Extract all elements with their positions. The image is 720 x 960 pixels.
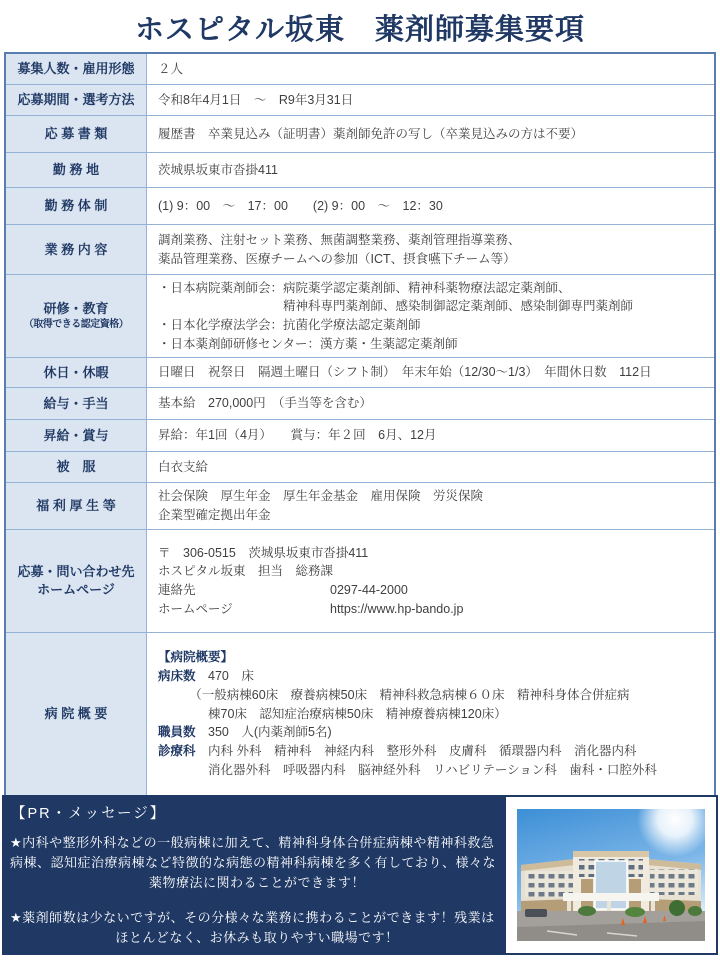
content-line-text: 470 床 — [196, 669, 254, 683]
row-content: 白衣支給 — [147, 452, 714, 482]
table-row-5: 勤 務 体 制(1) 9：00 ～ 17：00 (2) 9：00 ～ 12：30 — [6, 188, 714, 225]
content-line: ホームページhttps://www.hp-bando.jp — [158, 600, 708, 619]
row-label: 研修・教育（取得できる認定資格） — [6, 275, 147, 357]
photo-card — [506, 797, 716, 953]
content-line: ホスピタル坂東 担当 総務課 — [158, 562, 708, 581]
content-line-text: 薬品管理業務、医療チームへの参加（ICT、摂食嚥下チーム等） — [158, 252, 516, 266]
pr-message-line: 病棟、認知症治療病棟など特徴的な病態の精神科病棟を多く有しており、様々な — [10, 853, 504, 873]
content-line-key: ホームページ — [158, 600, 330, 619]
row-content: ・日本病院薬剤師会：病院薬学認定薬剤師、精神科薬物療法認定薬剤師、 精神科専門薬… — [147, 275, 714, 357]
content-line: 昇給：年1回（4月） 賞与：年２回 6月、12月 — [158, 426, 708, 445]
content-line-text: 令和8年4月1日 ～ R9年3月31日 — [158, 93, 353, 107]
row-label-text: 被 服 — [56, 458, 95, 476]
row-label: 勤 務 体 制 — [6, 188, 147, 224]
row-label: 応募期間・選考方法 — [6, 85, 147, 115]
table-row-9: 給与・手当基本給 270,000円 （手当等を含む） — [6, 388, 714, 420]
content-line-text: 茨城県坂東市沓掛411 — [158, 163, 278, 177]
row-content: 〒 306-0515 茨城県坂東市沓掛411ホスピタル坂東 担当 総務課連絡先0… — [147, 530, 714, 632]
pr-message-1: ★内科や整形外科などの一般病棟に加えて、精神科身体合併症病棟や精神科救急病棟、認… — [10, 833, 504, 893]
row-label-subtext: （取得できる認定資格） — [24, 318, 129, 332]
content-line-bold-label: 職員数 — [158, 725, 196, 739]
content-line: 〒 306-0515 茨城県坂東市沓掛411 — [158, 544, 708, 563]
row-content: 基本給 270,000円 （手当等を含む） — [147, 388, 714, 419]
table-row-10: 昇給・賞与昇給：年1回（4月） 賞与：年２回 6月、12月 — [6, 420, 714, 452]
row-label: 休日・休暇 — [6, 358, 147, 387]
content-line-text: 履歴書 卒業見込み（証明書）薬剤師免許の写し（卒業見込みの方は不要） — [158, 127, 583, 141]
content-line: ・日本薬剤師研修センター：漢方薬・生薬認定薬剤師 — [158, 335, 708, 354]
content-line-bold-label: 【病院概要】 — [158, 650, 233, 664]
content-line: 精神科専門薬剤師、感染制御認定薬剤師、感染制御専門薬剤師 — [158, 297, 708, 316]
content-line-text: 社会保険 厚生年金 厚生年金基金 雇用保険 労災保険 — [158, 489, 483, 503]
content-line: 茨城県坂東市沓掛411 — [158, 161, 708, 180]
row-label-text-2: ホームページ — [37, 581, 115, 599]
row-label: 応 募 書 類 — [6, 116, 147, 152]
content-line-value: 0297-44-2000 — [330, 583, 408, 597]
content-line-text: 調剤業務、注射セット業務、無菌調整業務、薬剤管理指導業務、 — [158, 233, 521, 247]
content-line: 社会保険 厚生年金 厚生年金基金 雇用保険 労災保険 — [158, 487, 708, 506]
content-line: 薬品管理業務、医療チームへの参加（ICT、摂食嚥下チーム等） — [158, 250, 708, 269]
content-line-key: 連絡先 — [158, 581, 330, 600]
row-label-text: 病 院 概 要 — [45, 705, 108, 723]
content-line-value: https://www.hp-bando.jp — [330, 602, 463, 616]
row-label: 応募・問い合わせ先ホームページ — [6, 530, 147, 632]
row-label: 昇給・賞与 — [6, 420, 147, 451]
table-row-2: 応募期間・選考方法令和8年4月1日 ～ R9年3月31日 — [6, 85, 714, 116]
content-line: 基本給 270,000円 （手当等を含む） — [158, 394, 708, 413]
content-line: 連絡先0297-44-2000 — [158, 581, 708, 600]
row-content: 調剤業務、注射セット業務、無菌調整業務、薬剤管理指導業務、薬品管理業務、医療チー… — [147, 225, 714, 274]
table-row-1: 募集人数・雇用形態２人 — [6, 54, 714, 85]
recruitment-flyer-page: ホスピタル坂東 薬剤師募集要項 募集人数・雇用形態２人応募期間・選考方法令和8年… — [0, 0, 720, 960]
row-label-text: 休日・休暇 — [43, 364, 108, 382]
row-label: 勤 務 地 — [6, 153, 147, 187]
content-line-text: ２人 — [158, 62, 183, 76]
content-line: ２人 — [158, 60, 708, 79]
content-line: 病床数 470 床 — [158, 667, 708, 686]
content-line: 白衣支給 — [158, 458, 708, 477]
table-row-4: 勤 務 地茨城県坂東市沓掛411 — [6, 153, 714, 188]
spec-table: 募集人数・雇用形態２人応募期間・選考方法令和8年4月1日 ～ R9年3月31日応… — [4, 52, 716, 797]
content-line-text: 棟70床 認知症治療病棟50床 精神療養病棟120床） — [158, 707, 507, 721]
row-label-text: 勤 務 地 — [53, 161, 99, 179]
content-line-bold-label: 病床数 — [158, 669, 196, 683]
row-content: 社会保険 厚生年金 厚生年金基金 雇用保険 労災保険企業型確定拠出年金 — [147, 483, 714, 529]
content-line: 企業型確定拠出年金 — [158, 506, 708, 525]
row-content: 【病院概要】病床数 470 床 （一般病棟60床 療養病棟50床 精神科救急病棟… — [147, 633, 714, 795]
content-line-text: 内科 外科 精神科 神経内科 整形外科 皮膚科 循環器内科 消化器内科 — [196, 744, 637, 758]
content-line-text: 〒 306-0515 茨城県坂東市沓掛411 — [158, 546, 368, 560]
content-line: ・日本病院薬剤師会：病院薬学認定薬剤師、精神科薬物療法認定薬剤師、 — [158, 279, 708, 298]
row-content: 日曜日 祝祭日 隔週土曜日（シフト制） 年末年始（12/30～1/3） 年間休日… — [147, 358, 714, 387]
row-label-text: 募集人数・雇用形態 — [17, 60, 134, 78]
content-line-text: 昇給：年1回（4月） 賞与：年２回 6月、12月 — [158, 428, 437, 442]
pr-section: 【PR・メッセージ】 ★内科や整形外科などの一般病棟に加えて、精神科身体合併症病… — [2, 795, 718, 955]
row-label: 福 利 厚 生 等 — [6, 483, 147, 529]
row-content: (1) 9：00 ～ 17：00 (2) 9：00 ～ 12：30 — [147, 188, 714, 224]
content-line-text: 精神科専門薬剤師、感染制御認定薬剤師、感染制御専門薬剤師 — [158, 299, 633, 313]
table-row-8: 休日・休暇日曜日 祝祭日 隔週土曜日（シフト制） 年末年始（12/30～1/3）… — [6, 358, 714, 388]
row-content: 令和8年4月1日 ～ R9年3月31日 — [147, 85, 714, 115]
row-label-text: 応募期間・選考方法 — [17, 91, 134, 109]
row-content: 昇給：年1回（4月） 賞与：年２回 6月、12月 — [147, 420, 714, 451]
pr-message-line: ★薬剤師数は少ないですが、その分様々な業務に携わることができます！残業は — [10, 908, 504, 928]
table-row-12: 福 利 厚 生 等社会保険 厚生年金 厚生年金基金 雇用保険 労災保険企業型確定… — [6, 483, 714, 530]
content-line-text: 消化器外科 呼吸器内科 脳神経外科 リハビリテーション科 歯科・口腔外科 — [158, 763, 657, 777]
content-line-text: （一般病棟60床 療養病棟50床 精神科救急病棟６０床 精神科身体合併症病 — [158, 688, 630, 702]
content-line-bold-label: 診療科 — [158, 744, 196, 758]
content-line: （一般病棟60床 療養病棟50床 精神科救急病棟６０床 精神科身体合併症病 — [158, 686, 708, 705]
content-line-text: ・日本化学療法学会：抗菌化学療法認定薬剤師 — [158, 318, 421, 332]
row-label: 業 務 内 容 — [6, 225, 147, 274]
table-row-13: 応募・問い合わせ先ホームページ〒 306-0515 茨城県坂東市沓掛411ホスピ… — [6, 530, 714, 633]
content-line: 履歴書 卒業見込み（証明書）薬剤師免許の写し（卒業見込みの方は不要） — [158, 125, 708, 144]
content-line: 調剤業務、注射セット業務、無菌調整業務、薬剤管理指導業務、 — [158, 231, 708, 250]
content-line: 消化器外科 呼吸器内科 脳神経外科 リハビリテーション科 歯科・口腔外科 — [158, 761, 708, 780]
content-line-text: ホスピタル坂東 担当 総務課 — [158, 564, 333, 578]
page-title: ホスピタル坂東 薬剤師募集要項 — [0, 7, 720, 48]
row-label: 被 服 — [6, 452, 147, 482]
pr-message-line: ほとんどなく、お休みも取りやすい職場です！ — [10, 928, 504, 948]
content-line: ・日本化学療法学会：抗菌化学療法認定薬剤師 — [158, 316, 708, 335]
row-label-text: 応 募 書 類 — [45, 125, 108, 143]
table-row-6: 業 務 内 容調剤業務、注射セット業務、無菌調整業務、薬剤管理指導業務、薬品管理… — [6, 225, 714, 275]
row-label-text: 福 利 厚 生 等 — [36, 497, 115, 515]
row-label-text: 研修・教育 — [43, 300, 108, 318]
content-line-text: 白衣支給 — [158, 460, 208, 474]
content-line-text: 日曜日 祝祭日 隔週土曜日（シフト制） 年末年始（12/30～1/3） 年間休日… — [158, 365, 652, 379]
content-line: 棟70床 認知症治療病棟50床 精神療養病棟120床） — [158, 705, 708, 724]
table-row-14: 病 院 概 要【病院概要】病床数 470 床 （一般病棟60床 療養病棟50床 … — [6, 633, 714, 795]
table-row-3: 応 募 書 類履歴書 卒業見込み（証明書）薬剤師免許の写し（卒業見込みの方は不要… — [6, 116, 714, 153]
content-line: 診療科 内科 外科 精神科 神経内科 整形外科 皮膚科 循環器内科 消化器内科 — [158, 742, 708, 761]
row-label-text: 応募・問い合わせ先 — [17, 563, 134, 581]
content-line-text: 350 人(内薬剤師5名) — [196, 725, 332, 739]
row-label-text: 勤 務 体 制 — [45, 197, 108, 215]
pr-message-line: ★内科や整形外科などの一般病棟に加えて、精神科身体合併症病棟や精神科救急 — [10, 833, 504, 853]
content-line-text: ・日本病院薬剤師会：病院薬学認定薬剤師、精神科薬物療法認定薬剤師、 — [158, 281, 571, 295]
row-label-text: 業 務 内 容 — [45, 241, 108, 259]
table-row-11: 被 服白衣支給 — [6, 452, 714, 483]
table-row-7: 研修・教育（取得できる認定資格）・日本病院薬剤師会：病院薬学認定薬剤師、精神科薬… — [6, 275, 714, 358]
content-line: 令和8年4月1日 ～ R9年3月31日 — [158, 91, 708, 110]
row-label: 病 院 概 要 — [6, 633, 147, 795]
hospital-building-photo — [517, 809, 705, 941]
pr-messages: ★内科や整形外科などの一般病棟に加えて、精神科身体合併症病棟や精神科救急病棟、認… — [10, 833, 504, 960]
content-line: (1) 9：00 ～ 17：00 (2) 9：00 ～ 12：30 — [158, 197, 708, 216]
row-label-text: 給与・手当 — [43, 395, 108, 413]
row-label-text: 昇給・賞与 — [43, 427, 108, 445]
pr-message-2: ★薬剤師数は少ないですが、その分様々な業務に携わることができます！残業はほとんど… — [10, 908, 504, 948]
content-line-text: ・日本薬剤師研修センター：漢方薬・生薬認定薬剤師 — [158, 337, 458, 351]
row-label: 募集人数・雇用形態 — [6, 54, 147, 84]
content-line: 職員数 350 人(内薬剤師5名) — [158, 723, 708, 742]
content-line: 【病院概要】 — [158, 648, 708, 667]
row-content: ２人 — [147, 54, 714, 84]
content-line-text: 企業型確定拠出年金 — [158, 508, 271, 522]
content-line: 日曜日 祝祭日 隔週土曜日（シフト制） 年末年始（12/30～1/3） 年間休日… — [158, 363, 708, 382]
content-line-text: 基本給 270,000円 （手当等を含む） — [158, 396, 372, 410]
row-label: 給与・手当 — [6, 388, 147, 419]
row-content: 履歴書 卒業見込み（証明書）薬剤師免許の写し（卒業見込みの方は不要） — [147, 116, 714, 152]
content-line-text: (1) 9：00 ～ 17：00 (2) 9：00 ～ 12：30 — [158, 199, 443, 213]
pr-message-line: 薬物療法に関わることができます！ — [10, 873, 504, 893]
row-content: 茨城県坂東市沓掛411 — [147, 153, 714, 187]
